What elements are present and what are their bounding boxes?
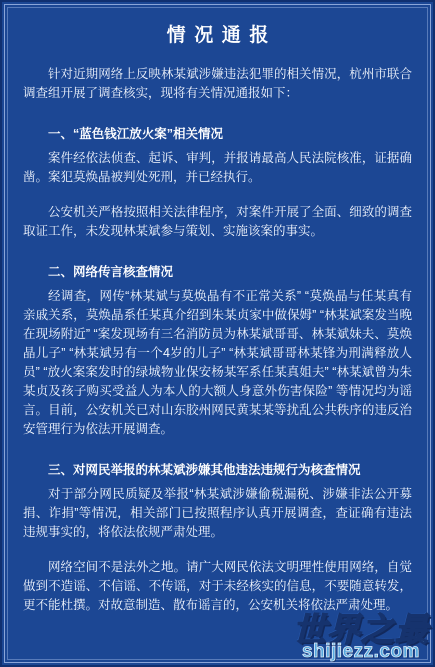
page-title: 情况通报 xyxy=(23,23,412,49)
intro-paragraph: 针对近期网络上反映林某斌涉嫌违法犯罪的相关情况，杭州市联合调查组开展了调查核实，… xyxy=(23,65,412,103)
section-1-paragraph-1: 案件经依法侦查、起诉、审判，并报请最高人民法院核准，证据确凿。案犯莫焕晶被判处死… xyxy=(23,149,412,187)
section-3-paragraph-2: 网络空间不是法外之地。请广大网民依法文明理性使用网络，自觉做到不造谣、不信谣、不… xyxy=(23,558,412,615)
section-2-paragraph-1: 经调查，网传“林某斌与莫焕晶有不正常关系” “莫焕晶与任某真有亲戚关系，莫焕晶系… xyxy=(23,287,412,439)
section-1-paragraph-2: 公安机关严格按照相关法律程序，对案件开展了全面、细致的调查取证工作，未发现林某斌… xyxy=(23,203,412,241)
section-2-heading: 二、网络传言核查情况 xyxy=(23,263,412,282)
notice-content: 情况通报 针对近期网络上反映林某斌涉嫌违法犯罪的相关情况，杭州市联合调查组开展了… xyxy=(8,8,427,659)
section-3-paragraph-1: 对于部分网民质疑及举报“林某斌涉嫌偷税漏税、涉嫌非法公开募捐、诈捐”等情况，相关… xyxy=(23,485,412,542)
section-3-heading: 三、对网民举报的林某斌涉嫌其他违法违规行为核查情况 xyxy=(23,461,412,480)
section-1-heading: 一、“蓝色钱江放火案”相关情况 xyxy=(23,125,412,144)
notice-page: 情况通报 针对近期网络上反映林某斌涉嫌违法犯罪的相关情况，杭州市联合调查组开展了… xyxy=(0,0,435,667)
